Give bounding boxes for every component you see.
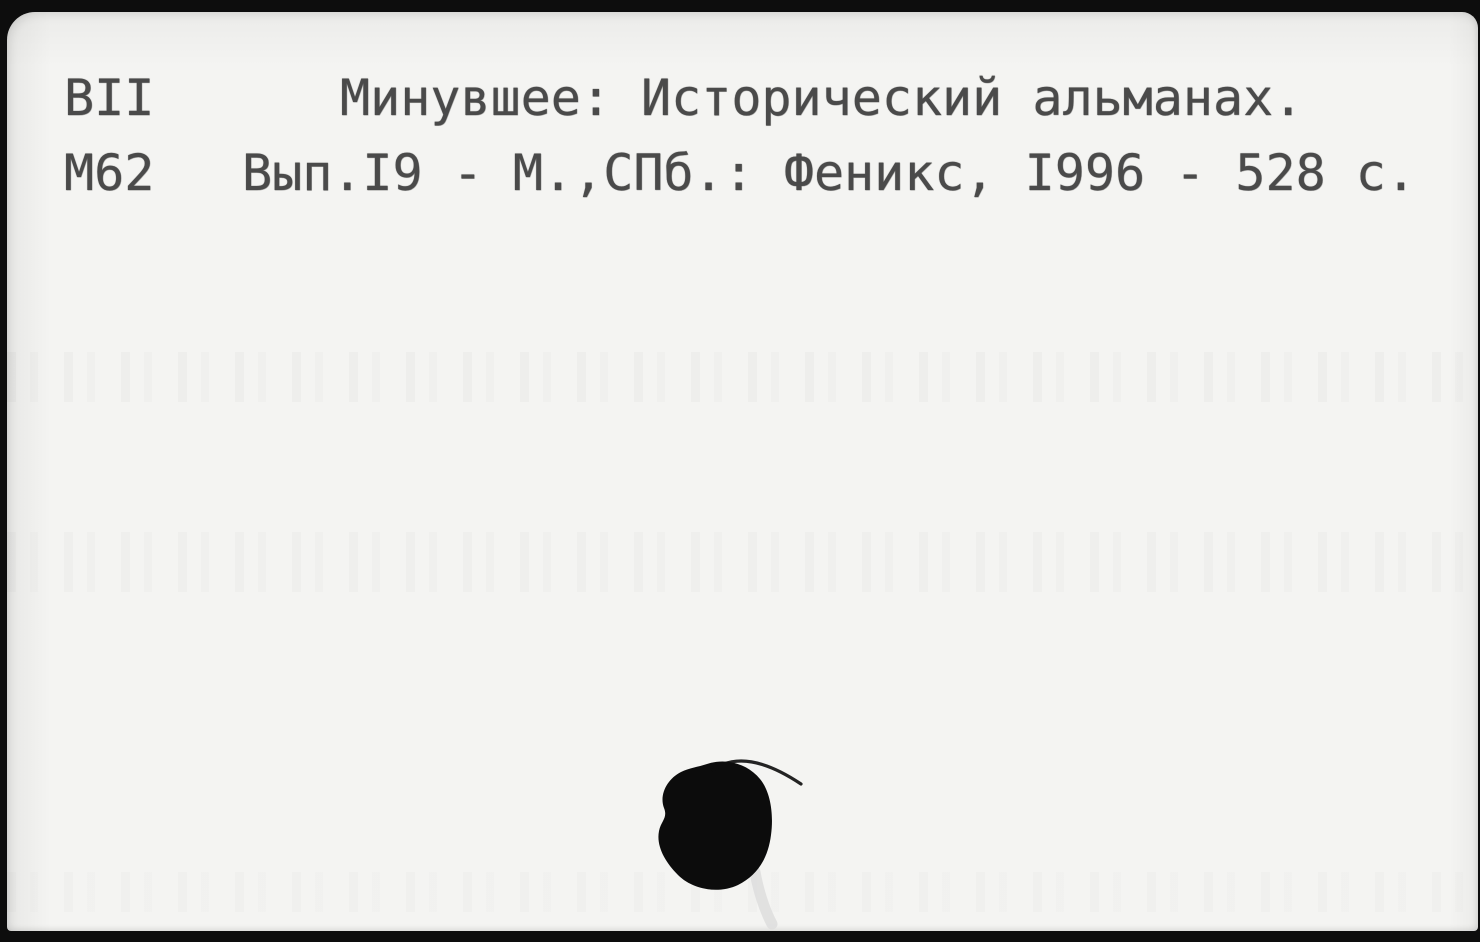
blot-body: [658, 762, 772, 890]
scan-background: ВII Минувшее: Исторический альманах. М62…: [0, 0, 1480, 942]
blot-smudge: [755, 872, 772, 924]
title-line: Минувшее: Исторический альманах.: [340, 73, 1303, 123]
catalog-card: ВII Минувшее: Исторический альманах. М62…: [7, 12, 1478, 931]
scan-noise-band: [7, 352, 1478, 402]
imprint-line: Вып.I9 - М.,СПб.: Феникс, I996 - 528 с.: [242, 148, 1416, 198]
scan-noise-band: [7, 532, 1478, 592]
ink-blot-icon: [607, 727, 837, 937]
classification-code-line1: ВII: [64, 73, 154, 123]
author-cutter-code-line2: М62: [64, 148, 154, 198]
